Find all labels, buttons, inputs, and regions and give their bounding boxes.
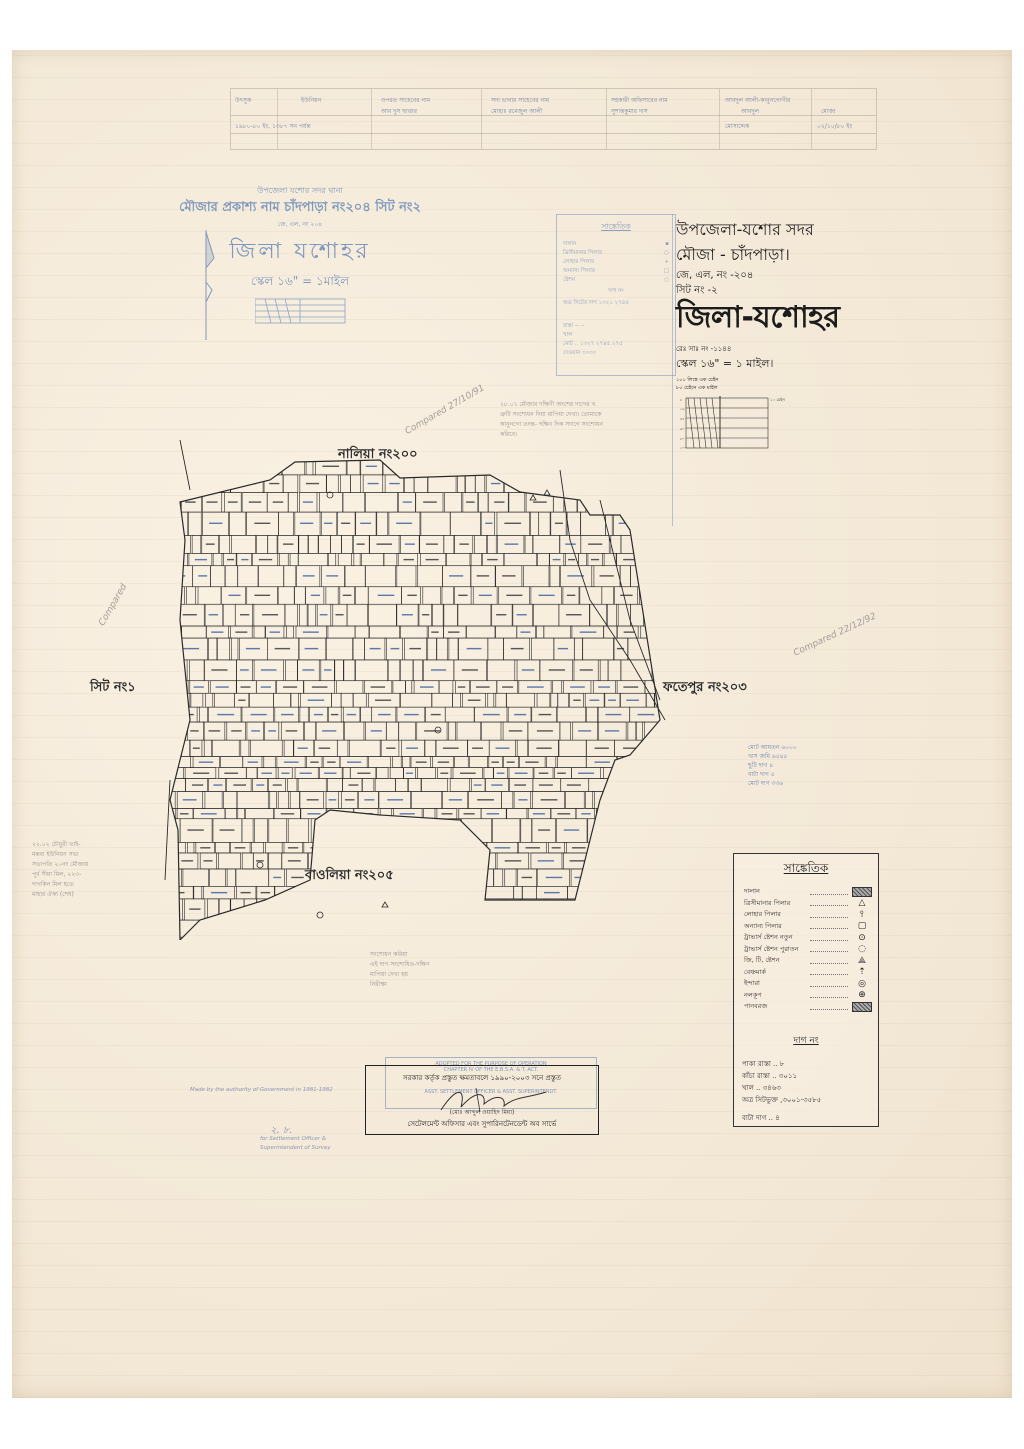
west-boundary-label: সিট নং১ xyxy=(90,678,136,699)
dag-line: বাটা দাগ .. ৪ xyxy=(734,1112,878,1124)
south-boundary-label: বাওলিয়া নং২০৫ xyxy=(305,866,394,887)
legend-symbol-icon xyxy=(852,1002,872,1011)
faded-jl-no: জে, এল, নং ২০৪ xyxy=(165,219,435,230)
legend-symbol-icon: ▢ xyxy=(852,922,872,931)
ledger-cell: আবদুল xyxy=(741,106,759,117)
ledger-cell: আবদুল আলী-কানুনগোগীর xyxy=(725,95,790,106)
ledger-cell: উৎসুক xyxy=(235,95,251,106)
ledger-cell: মোজা xyxy=(821,106,836,117)
faded-legend-item: অন্যান্য পিলার□ xyxy=(557,267,675,276)
pencil-note-left: ২২.০২ চৌধুরী ভাই- মন্তব্য ইউনিয়ন সভা সভ… xyxy=(32,840,88,900)
svg-text:৪৪: ৪৪ xyxy=(680,417,685,421)
faded-dag-line: রাস্তা -- -- xyxy=(557,322,675,331)
faded-legend-item: লোহার পিলার+ xyxy=(557,258,675,267)
pencil-note-bottom: সংশোধন করিয়া এই দাগ সংশোধিত-দক্ষিণ মাপি… xyxy=(370,950,430,990)
upazila-name: উপজেলা-যশোর সদর xyxy=(676,218,886,242)
faded-dag-heading: দাগ নং xyxy=(557,288,675,296)
legend-item: জি, টি, ষ্টেশন⟁ xyxy=(734,955,878,967)
legend-item: ট্রাভার্স ষ্টেশন নতুন⊙ xyxy=(734,932,878,944)
legend-symbol-icon xyxy=(852,887,872,896)
ledger-cell: ১৯৮০-৮০ ইং, ১৩৮৭ সন পর্যন্ত xyxy=(235,121,311,132)
legend-item: বেঞ্চমার্ক⇡ xyxy=(734,967,878,979)
dag-line: খাল .. ৩৪৬৩ xyxy=(734,1082,878,1094)
settlement-officer-stamp: সরকার কর্তৃক প্রস্তুত ক্ষমতাবলে ১৯৯০-২০০… xyxy=(365,1065,599,1135)
faded-upazila: উপজেলা যশোর সদর থানা xyxy=(165,185,435,198)
faded-mouza-name: মৌজার প্রকাশ্য নাম চাঁদপাড়া নং২০৪ সিট ন… xyxy=(165,198,435,219)
legend-item: লোহার পিলার⫯ xyxy=(734,909,878,921)
district-name: জিলা-যশোহর xyxy=(676,298,886,338)
faded-legend-box: সাঙ্কেতিক দালান▪ ত্রিসীমানার পিলার○ লোহা… xyxy=(556,214,676,376)
dag-number-heading: দাগ নং xyxy=(734,1033,878,1048)
ledger-cell: সুশান্তকুমার দাস xyxy=(611,106,648,117)
chain-note: ১০০ লিঙ্কে এক চেইন xyxy=(676,376,886,384)
legend-heading: সাঙ্কেতিক xyxy=(734,860,878,880)
officer-name: (মোঃ আব্দুল ওয়াহিদ মিয়া) xyxy=(366,1107,598,1118)
scale-bar-label: ১০ চেইন xyxy=(770,397,785,404)
faded-dag-line: খাল xyxy=(557,331,675,340)
faded-legend-item: ষ্টেশন○ xyxy=(557,276,675,285)
ownership-ledger-table: উৎসুক ইউনিয়ন ওপরত সাহেবের নাম সদা ভাবার… xyxy=(230,88,877,150)
officer-signature-block: ২. ৮. for Settlement Officer & Superinte… xyxy=(260,1126,331,1153)
legend-symbol-icon: ⫯ xyxy=(852,910,872,919)
faded-legend-item: দালান▪ xyxy=(557,240,675,249)
legend-symbol-icon: ◎ xyxy=(852,979,872,988)
government-imprint: Made by the authority of Government in 1… xyxy=(190,1087,333,1093)
svg-text:৮০: ৮০ xyxy=(680,437,685,441)
map-scale: স্কেল ১৬" = ১ মাইল। xyxy=(676,356,886,372)
sheet-number: সিট নং -২ xyxy=(676,284,886,298)
mouza-parcel-map xyxy=(160,420,680,940)
legend-item: ইন্দারা◎ xyxy=(734,978,878,990)
dag-line: অত্র সিটভুক্ত ,৩০০১-৩৫৮৫ xyxy=(734,1094,878,1106)
legend-symbol-icon: ⊕ xyxy=(852,991,872,1000)
faded-dag-line: অত্র সিটের দাগ ১৩২১ ২৭৪৫ xyxy=(557,299,675,308)
legend-box: সাঙ্কেতিক দালানত্রিসীমানার পিলার△লোহার প… xyxy=(733,853,879,1127)
legend-symbol-icon: ⊙ xyxy=(852,933,872,942)
ledger-cell: ইউনিয়ন xyxy=(301,95,321,106)
stamp-bottom-line: সেটেলমেন্ট অফিসার এবং সুপারিনটেনডেন্ট অব… xyxy=(366,1118,598,1130)
svg-text:৮: ৮ xyxy=(680,398,683,402)
legend-item: ট্রাভার্স ষ্টেশন পুরাতন◌ xyxy=(734,944,878,956)
dag-line: কাঁচা রাস্তা .. ৩০১১ xyxy=(734,1070,878,1082)
ledger-cell: ০২/১০/৮০ ইং xyxy=(817,121,852,132)
faded-legend-heading: সাঙ্কেতিক xyxy=(557,221,675,234)
faded-legend-item: ত্রিসীমানার পিলার○ xyxy=(557,249,675,258)
title-block: উপজেলা-যশোর সদর মৌজা - চাঁদপাড়া। জে, এল… xyxy=(676,218,886,392)
jl-number: জে, এল, নং -২০৪ xyxy=(676,268,886,284)
legend-symbol-icon: ◌ xyxy=(852,945,872,954)
legend-item: দালান xyxy=(734,886,878,898)
north-boundary-label: নালিয়া নং২০০ xyxy=(338,445,418,466)
ledger-cell: সদা ভাবার সাহেবের নাম xyxy=(491,95,549,106)
svg-text:৬০: ৬০ xyxy=(680,427,685,431)
ledger-cell: মোসাদ্দেক xyxy=(725,121,749,132)
area-summary-notes: মোট আয়তন ৬০০০ খাস জমি ৬৫৪৫ ছুটি দাগ ৪ ব… xyxy=(748,743,797,788)
diagonal-scale-bar: ৮১৬৪৪ ৬০৮০১০০ xyxy=(680,396,790,456)
dag-line: পাকা রাস্তা .. ৮ xyxy=(734,1058,878,1070)
faded-north-arrow-icon xyxy=(196,230,216,340)
svg-text:১৬: ১৬ xyxy=(680,407,685,411)
registration-number: রেঃ সাঃ নং -১১৪৪ xyxy=(676,342,886,356)
faded-dag-line: দেওয়ান ৩০৩০ xyxy=(557,349,675,358)
mouza-name: মৌজা - চাঁদপাড়া। xyxy=(676,242,886,268)
svg-text:১০০: ১০০ xyxy=(680,446,688,450)
ledger-cell: ওপরত সাহেবের নাম xyxy=(381,95,430,106)
east-boundary-label: ফতেপুর নং২০৩ xyxy=(663,678,747,699)
faded-dag-line: মোট .. ১৩২৭ ২৭৪৫.২৭৫ xyxy=(557,340,675,349)
legend-item: ত্রিসীমানার পিলার△ xyxy=(734,898,878,910)
legend-symbol-icon: ⟁ xyxy=(852,956,872,965)
faded-scale-bar xyxy=(255,295,355,327)
ledger-cell: সহকারী অফিসারের নাম xyxy=(611,95,668,106)
legend-symbol-icon: △ xyxy=(852,899,872,908)
ledger-cell: মোহাঃ রমেজুল আলী xyxy=(491,106,542,117)
legend-item: পানবরজ xyxy=(734,1001,878,1013)
ledger-cell: আব দুস ছাত্তার xyxy=(381,106,417,117)
legend-item: নলকূপ⊕ xyxy=(734,990,878,1002)
legend-item: অন্যান্য পিলার▢ xyxy=(734,921,878,933)
chain-note: ৮০ চেইনে এক মাইল xyxy=(676,384,886,392)
legend-symbol-icon: ⇡ xyxy=(852,968,872,977)
